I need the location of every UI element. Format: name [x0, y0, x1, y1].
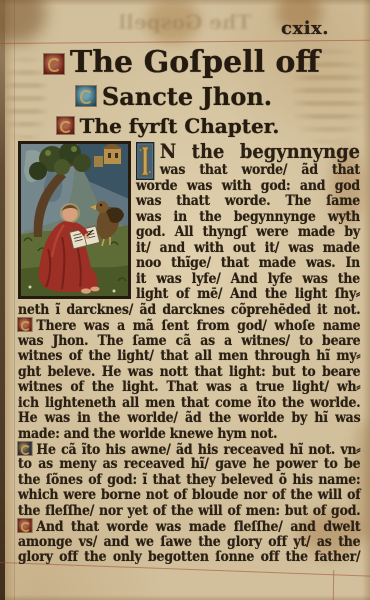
text-line: There was a mã ſent from god/ whoſe name: [18, 318, 360, 333]
saint-john-writing-miniature: [18, 141, 131, 299]
showthrough-header-text: The Gospell: [96, 10, 274, 38]
text-line: god. All thyngſ were made by: [136, 225, 360, 241]
text-line-content: to as meny as receaved hĩ/ gave he power…: [18, 456, 360, 472]
paragraph-mark-icon: [18, 519, 32, 532]
title-block: The Goſpell off Sancte Jhon. The fyrſt C…: [14, 44, 362, 140]
saint-name-title: Sancte Jhon.: [0, 81, 348, 112]
text-line-content: noo thĩge/ that made was. In: [136, 255, 360, 271]
decorated-initial-I: [136, 142, 154, 180]
text-line: He was in the worlde/ ãd the worlde by h…: [18, 411, 360, 426]
text-line: glory off the only begotten ſonne off th…: [18, 550, 360, 565]
text-line: to as meny as receaved hĩ/ gave he power…: [18, 457, 360, 472]
text-line: which were borne not of bloude nor of th…: [18, 488, 360, 503]
text-line: ich lighteneth all men that come ĩto the…: [18, 396, 360, 411]
saint-name-text: Sancte Jhon.: [102, 82, 272, 111]
paragraph-mark-icon: [57, 117, 74, 134]
body-text-block: neth ĩ darcknes/ ãd darcknes cõprehēded …: [18, 303, 360, 565]
text-line: was thatt worde. The ſame: [136, 194, 360, 210]
folio-number: cxix.: [281, 18, 329, 39]
text-line: it was lyfe/ And lyfe was the: [136, 272, 360, 288]
chapter-heading: The fyrſt Chapter.: [0, 112, 342, 140]
text-line-content: was thatt worde. The ſame: [136, 193, 360, 209]
text-line-content: was Jhon. The ſame cã as a witnes/ to be…: [18, 333, 360, 349]
text-line-content: ght beleve. He was nott that light: but …: [18, 364, 360, 380]
text-line: N the begynnynge: [136, 141, 360, 163]
text-line: witnes of the light/ that all men throug…: [18, 349, 360, 364]
text-line: the ſõnes of god: ĩ that they beleved õ …: [18, 473, 360, 488]
text-line: it/ and with out it/ was made: [136, 241, 360, 257]
text-line: witnes of the light. That was a true lig…: [18, 380, 360, 395]
text-line: was Jhon. The ſame cã as a witnes/ to be…: [18, 334, 360, 349]
text-line-content: it/ and with out it/ was made: [136, 240, 360, 256]
text-line-content: was that worde/ ãd that: [160, 162, 360, 178]
text-line-content: god. All thyngſ were made by: [136, 224, 360, 240]
chapter-heading-text: The fyrſt Chapter.: [80, 114, 280, 138]
gospel-title: The Goſpell off: [8, 44, 356, 81]
text-line-content: it was lyfe/ And lyfe was the: [136, 271, 360, 287]
text-line: was that worde/ ãd that: [136, 163, 360, 179]
text-line-content: neth ĩ darcknes/ ãd darcknes cõprehēded …: [18, 302, 360, 318]
text-line: made: and the worlde knewe hym not.: [18, 427, 360, 442]
book-page: The Gospell cxix. The Goſpell off Sancte…: [0, 0, 370, 600]
opening-verses-column: N the begynnynge was that worde/ ãd that…: [136, 141, 360, 303]
gospel-title-text: The Goſpell off: [70, 45, 320, 80]
paragraph-mark-icon: [18, 442, 32, 455]
paragraph-mark-icon: [76, 86, 96, 106]
text-line: ght beleve. He was nott that light: but …: [18, 365, 360, 380]
paragraph-mark-icon: [44, 54, 64, 74]
text-line-content: witnes of the light. That was a true lig…: [18, 379, 360, 395]
text-line: light of mē/ And the light ſhy⸗: [136, 287, 360, 303]
text-line-content: He was in the worlde/ ãd the worlde by h…: [18, 410, 360, 426]
text-line-content: N the begynnynge: [160, 140, 360, 163]
text-line-content: ich lighteneth all men that come ĩto the…: [18, 395, 360, 411]
text-line: worde was with god: and god: [136, 179, 360, 195]
text-line: was in the begynnynge wyth: [136, 210, 360, 226]
text-line-content: worde was with god: and god: [136, 178, 360, 194]
page-edge-bottom: [0, 595, 370, 600]
text-line-content: glory off the only begotten ſonne off th…: [18, 549, 360, 565]
text-line-content: the ſõnes of god: ĩ that they beleved õ …: [18, 472, 360, 488]
text-line: amonge vs/ and we ſawe the glory off yt/…: [18, 535, 360, 550]
stain: [0, 0, 46, 44]
opening-section: N the begynnynge was that worde/ ãd that…: [18, 141, 370, 303]
text-line: noo thĩge/ that made was. In: [136, 256, 360, 272]
text-line-content: light of mē/ And the light ſhy⸗: [136, 286, 360, 302]
text-line-content: was in the begynnynge wyth: [136, 209, 360, 225]
paragraph-mark-icon: [18, 318, 32, 331]
text-line: neth ĩ darcknes/ ãd darcknes cõprehēded …: [18, 303, 360, 318]
text-line-content: which were borne not of bloude nor of th…: [18, 487, 360, 503]
text-line: He cã ĩto his awne/ ãd his receaved hĩ n…: [18, 442, 360, 457]
text-line: And that worde was made fleſſhe/ and dwe…: [18, 519, 360, 534]
text-line-content: the fleſſhe/ nor yet of the will of men:…: [18, 503, 360, 519]
text-line-content: amonge vs/ and we ſawe the glory off yt/…: [18, 534, 360, 550]
text-line-content: witnes of the light/ that all men throug…: [18, 348, 360, 364]
text-line-content: made: and the worlde knewe hym not.: [18, 426, 277, 442]
text-line: the fleſſhe/ nor yet of the will of men:…: [18, 504, 360, 519]
